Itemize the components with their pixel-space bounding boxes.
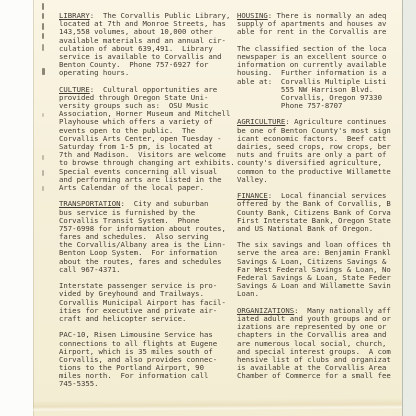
perforation-mark (42, 3, 44, 10)
organizations-section: ORGANIZATIONS: Many nationally affiated … (237, 307, 402, 381)
text-line: operating hours. (59, 69, 237, 77)
text-line: 745-5355. (59, 380, 237, 388)
perforation-mark (42, 186, 44, 191)
pac10-limousine-paragraph: PAC-10, Risen Limousine Service hasconne… (59, 331, 237, 388)
perforation-mark (42, 23, 44, 30)
text-line: able for rent in the Corvallis are (237, 28, 402, 36)
culture-section: CULTURE: Cultural opportunities areprovi… (59, 86, 237, 192)
heading-line-text: : City and suburban (121, 199, 209, 208)
text-line: Chamber of Commerce for a small fee (237, 372, 402, 380)
transportation-section-heading: TRANSPORTATION (59, 199, 121, 208)
text-line: craft and helicopter service. (59, 315, 237, 323)
savings-loan-paragraph: The six savings and loan offices thserve… (237, 241, 402, 298)
text-line: and US National Bank of Oregon. (237, 225, 402, 233)
right-text-column: HOUSING: There is normally an adeqsupply… (237, 12, 402, 389)
perforation-mark (42, 113, 44, 117)
library-section: LIBRARY: The Corvallis Public Library,lo… (59, 12, 237, 78)
text-line: Phone 757-8707 (237, 102, 402, 110)
text-line: Loan. (237, 290, 402, 298)
perforation-mark (42, 170, 44, 176)
left-text-column: LIBRARY: The Corvallis Public Library,lo… (59, 12, 237, 397)
transportation-section: TRANSPORTATION: City and suburbanbus ser… (59, 200, 237, 274)
housing-section: HOUSING: There is normally an adeqsupply… (237, 12, 402, 37)
perforation-mark (42, 155, 44, 160)
perforation-mark (42, 68, 45, 75)
perforation-mark (42, 44, 44, 51)
finance-section: FINANCE: Local financial servicesoffered… (237, 192, 402, 233)
scanned-document-page: LIBRARY: The Corvallis Public Library,lo… (0, 0, 416, 416)
text-line: Arts Calendar of the local paper. (59, 184, 237, 192)
perforation-mark (42, 13, 44, 19)
agriculture-section: AGRICULTURE: Agriculture continuesbe one… (237, 118, 402, 184)
perforation-mark (42, 33, 44, 39)
page-right-torn-edge (402, 0, 416, 416)
text-line: Valley. (237, 176, 402, 184)
housing-classified-paragraph: The classified section of the locanewspa… (237, 45, 402, 111)
text-line: call 967-4371. (59, 266, 237, 274)
text-line: Savings & Loan and Willamette Savin (237, 282, 402, 290)
interstate-service-paragraph: Interstate passenger service is pro-vide… (59, 282, 237, 323)
